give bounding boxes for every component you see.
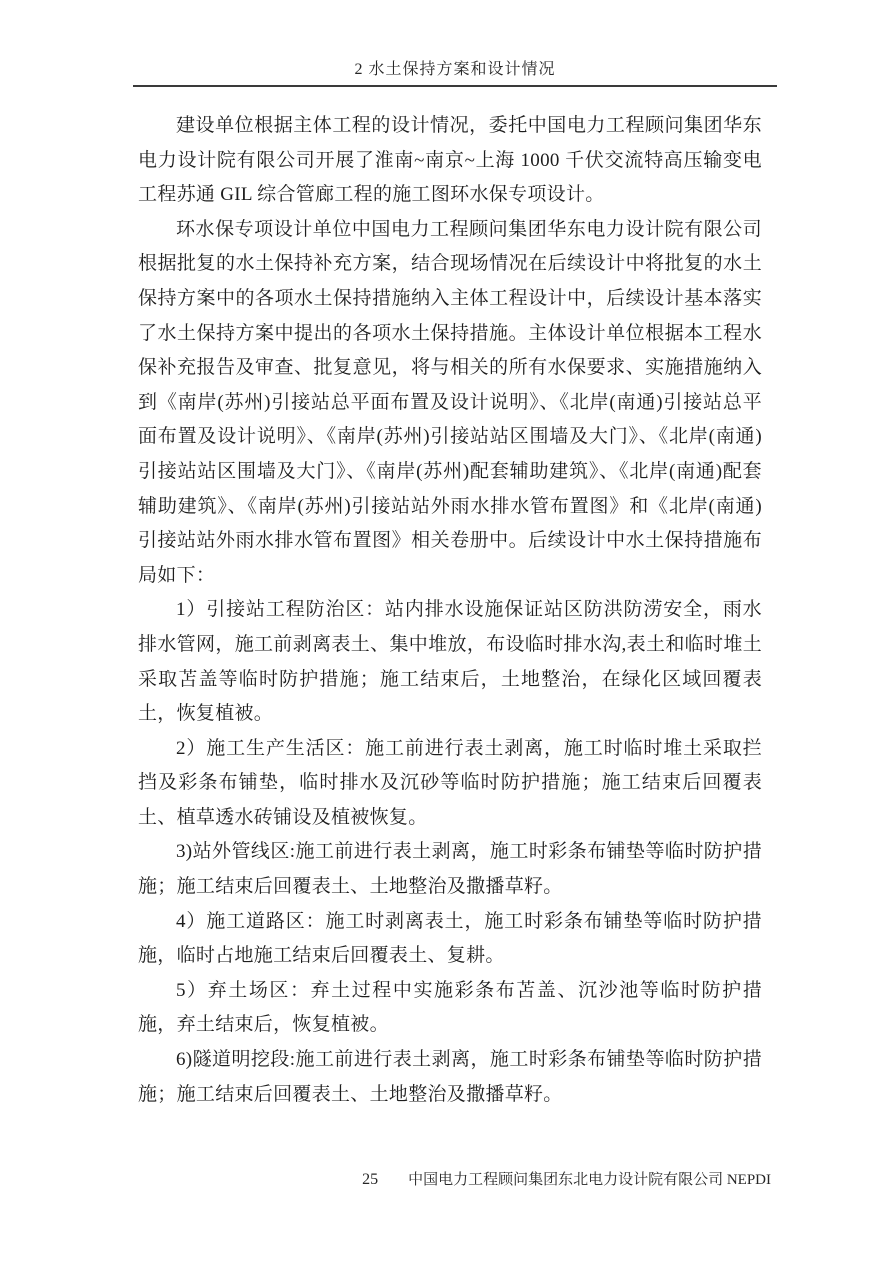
chapter-heading: 2 水土保持方案和设计情况	[354, 61, 555, 78]
body-paragraph: 4）施工道路区：施工时剥离表土，施工时彩条布铺垫等临时防护措施，临时占地施工结束…	[138, 905, 762, 974]
document-body: 建设单位根据主体工程的设计情况，委托中国电力工程顾问集团华东电力设计院有限公司开…	[138, 109, 762, 1112]
body-paragraph: 2）施工生产生活区：施工前进行表土剥离，施工时临时堆土采取拦挡及彩条布铺垫，临时…	[138, 732, 762, 836]
body-paragraph: 3)站外管线区:施工前进行表土剥离，施工时彩条布铺垫等临时防护措施；施工结束后回…	[138, 835, 762, 904]
page-header: 2 水土保持方案和设计情况	[133, 56, 777, 87]
publisher-name: 中国电力工程顾问集团东北电力设计院有限公司 NEPDI	[408, 1168, 771, 1189]
page-number: 25	[362, 1171, 378, 1189]
page-footer: 25 中国电力工程顾问集团东北电力设计院有限公司 NEPDI	[138, 1168, 771, 1189]
body-paragraph: 1）引接站工程防治区：站内排水设施保证站区防洪防涝安全，雨水排水管网，施工前剥离…	[138, 593, 762, 731]
body-paragraph: 6)隧道明挖段:施工前进行表土剥离，施工时彩条布铺垫等临时防护措施；施工结束后回…	[138, 1043, 762, 1112]
document-page: 2 水土保持方案和设计情况 建设单位根据主体工程的设计情况，委托中国电力工程顾问…	[0, 0, 892, 1263]
body-paragraph: 5）弃土场区：弃土过程中实施彩条布苫盖、沉沙池等临时防护措施，弃土结束后，恢复植…	[138, 974, 762, 1043]
body-paragraph: 建设单位根据主体工程的设计情况，委托中国电力工程顾问集团华东电力设计院有限公司开…	[138, 109, 762, 213]
body-paragraph: 环水保专项设计单位中国电力工程顾问集团华东电力设计院有限公司根据批复的水土保持补…	[138, 213, 762, 594]
